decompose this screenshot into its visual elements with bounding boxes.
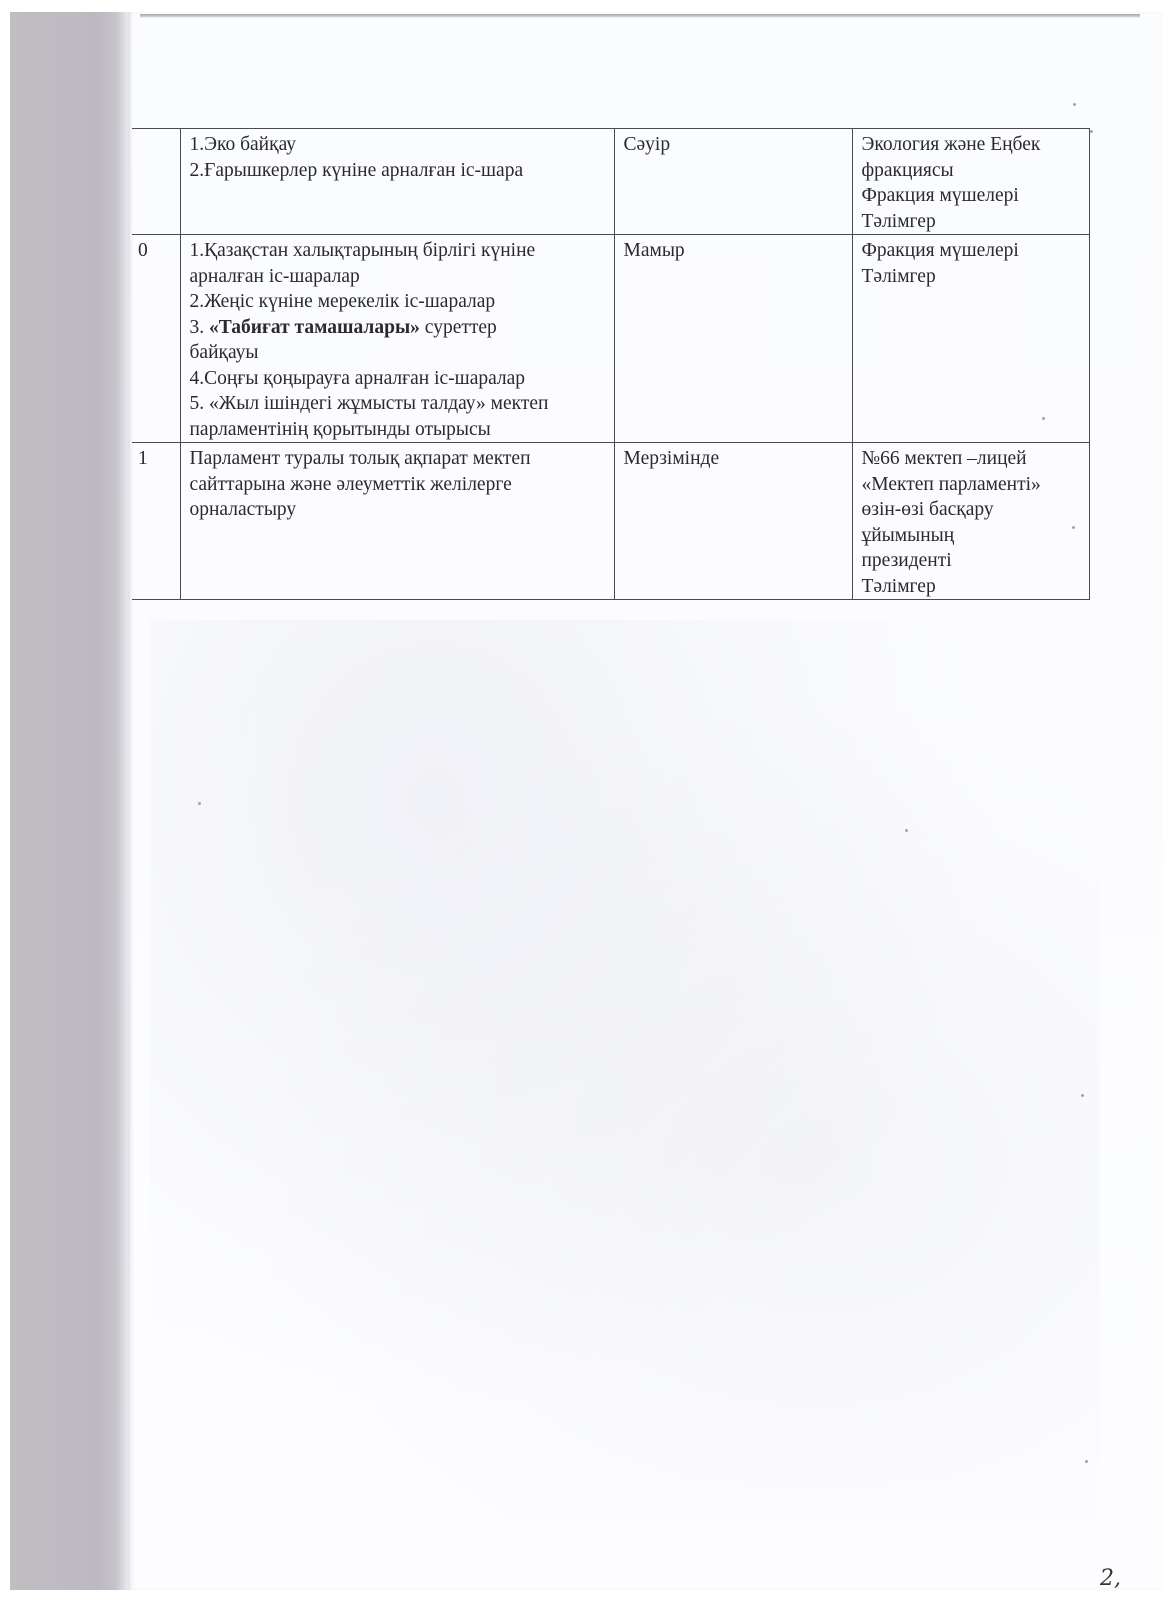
responsible-item: Фракция мүшелері — [862, 238, 1081, 264]
page-top-edge — [140, 14, 1140, 18]
date-cell: Сәуір — [614, 129, 852, 235]
date-cell: Мамыр — [614, 235, 852, 443]
event-item: орналастыру — [190, 497, 606, 523]
responsible-item: Фракция мүшелері — [862, 183, 1081, 209]
event-plan-table: 1.Эко байқау 2.Ғарышкерлер күніне арналғ… — [132, 128, 1090, 600]
responsible-item: Тәлімгер — [862, 574, 1081, 600]
responsible-cell: Фракция мүшелері Тәлімгер — [852, 235, 1089, 443]
event-item: Парламент туралы толық ақпарат мектеп — [190, 446, 606, 472]
event-item: арналған іс-шаралар — [190, 264, 606, 290]
events-cell: 1.Эко байқау 2.Ғарышкерлер күніне арналғ… — [180, 129, 614, 235]
date-cell: Мерзімінде — [614, 443, 852, 600]
responsible-item: №66 мектеп –лицей — [862, 446, 1081, 472]
responsible-item: «Мектеп парламенті» — [862, 472, 1081, 498]
responsible-item: Экология және Еңбек — [862, 132, 1081, 158]
event-item: 5. «Жыл ішіндегі жұмысты талдау» мектеп — [190, 391, 606, 417]
event-item: 4.Соңғы қоңырауға арналған іс-шаралар — [190, 366, 606, 392]
events-cell: Парламент туралы толық ақпарат мектеп са… — [180, 443, 614, 600]
event-item: 1.Қазақстан халықтарының бірлігі күніне — [190, 238, 606, 264]
row-number-cell: 0 — [132, 235, 180, 443]
responsible-cell: Экология және Еңбек фракциясы Фракция мү… — [852, 129, 1089, 235]
scan-speck — [198, 802, 201, 805]
responsible-item: ұйымының — [862, 523, 1081, 549]
scan-speck — [905, 829, 908, 832]
event-item: 3. «Табиғат тамашалары» суреттер — [190, 315, 606, 341]
event-prefix: 3. — [190, 317, 210, 338]
event-item: парламентінің қорытынды отырысы — [190, 417, 606, 443]
scan-speck — [1073, 103, 1076, 106]
row-number-cell — [132, 129, 180, 235]
scanner-margin — [10, 12, 128, 1590]
responsible-cell: №66 мектеп –лицей «Мектеп парламенті» өз… — [852, 443, 1089, 600]
responsible-item: президенті — [862, 548, 1081, 574]
responsible-item: Тәлімгер — [862, 264, 1081, 290]
responsible-item: өзін-өзі басқару — [862, 497, 1081, 523]
scanned-page-canvas: 1.Эко байқау 2.Ғарышкерлер күніне арналғ… — [0, 0, 1163, 1600]
events-cell: 1.Қазақстан халықтарының бірлігі күніне … — [180, 235, 614, 443]
scan-speck — [1090, 130, 1093, 133]
event-item: байқауы — [190, 340, 606, 366]
event-item: 2.Жеңіс күніне мерекелік іс-шаралар — [190, 289, 606, 315]
event-suffix: суреттер — [420, 317, 497, 338]
event-title-bold: «Табиғат тамашалары» — [209, 317, 420, 338]
event-item: сайттарына және әлеуметтік желілерге — [190, 472, 606, 498]
responsible-item: фракциясы — [862, 158, 1081, 184]
scan-speck — [1042, 417, 1045, 420]
scan-speck — [1072, 526, 1075, 529]
table-row: 1.Эко байқау 2.Ғарышкерлер күніне арналғ… — [132, 129, 1089, 235]
handwritten-page-number: 2, — [1100, 1566, 1121, 1591]
event-item: 2.Ғарышкерлер күніне арналған іс-шара — [190, 158, 606, 184]
table-row: 0 1.Қазақстан халықтарының бірлігі күнін… — [132, 235, 1089, 443]
row-number-cell: 1 — [132, 443, 180, 600]
scan-speck — [1081, 1094, 1084, 1097]
responsible-item: Тәлімгер — [862, 209, 1081, 235]
event-item: 1.Эко байқау — [190, 132, 606, 158]
table-row: 1 Парламент туралы толық ақпарат мектеп … — [132, 443, 1089, 600]
scan-speck — [1085, 1460, 1088, 1463]
